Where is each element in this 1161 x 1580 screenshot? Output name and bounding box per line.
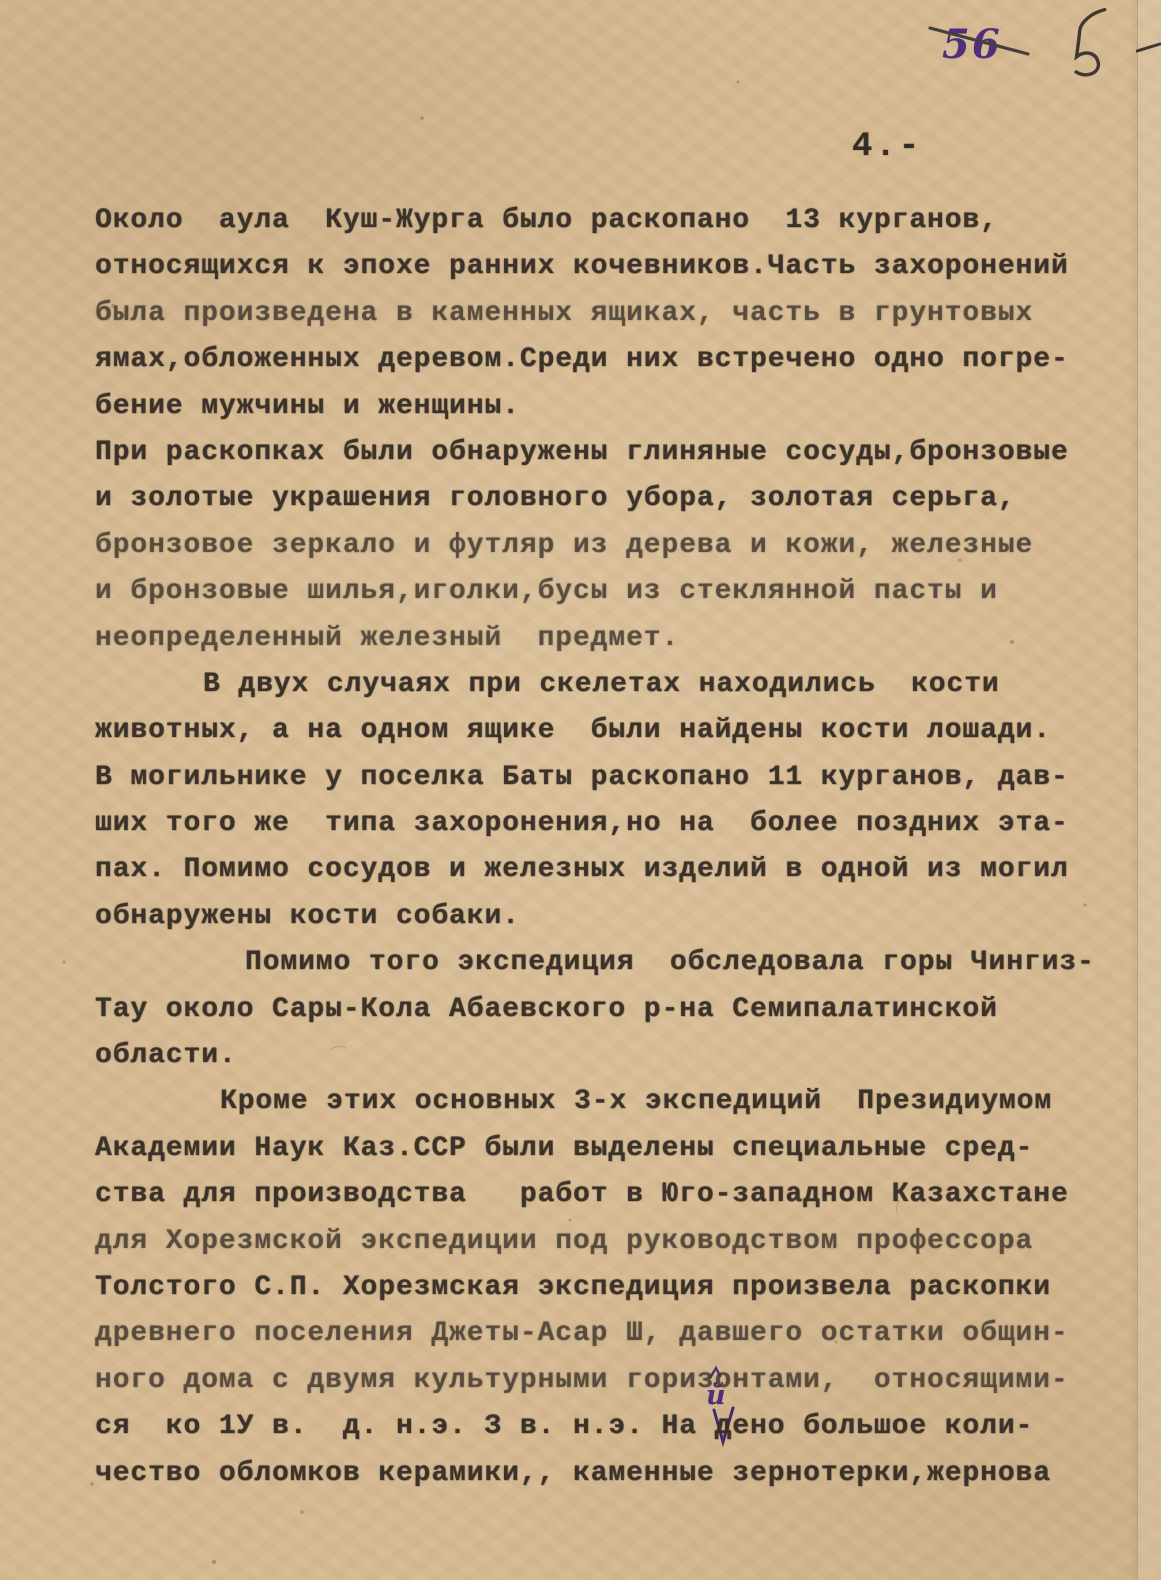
text-line: Толстого С.П. Хорезмская экспедиция прои… bbox=[95, 1265, 1105, 1311]
text-line: Около аула Куш-Журга было раскопано 13 к… bbox=[95, 198, 1105, 244]
typewritten-text: Около аула Куш-Журга было раскопано 13 к… bbox=[95, 198, 1105, 1497]
text-line: для Хорезмской экспедиции под руководств… bbox=[95, 1219, 1105, 1265]
text-line: Академии Наук Каз.ССР были выделены спец… bbox=[95, 1126, 1105, 1172]
text-line: ного дома с двумя культурными горизонтам… bbox=[95, 1358, 1105, 1404]
text-line: В двух случаях при скелетах находились к… bbox=[95, 662, 1105, 708]
text-line: неопределенный железный предмет. bbox=[95, 616, 1105, 662]
text-line: Помимо того экспедиция обследовала горы … bbox=[95, 940, 1105, 986]
text-line: чество обломков керамики,, каменные зерн… bbox=[95, 1451, 1105, 1497]
text-line: области. bbox=[95, 1033, 1105, 1079]
text-line: бронзовое зеркало и футляр из дерева и к… bbox=[95, 523, 1105, 569]
corner-number-stroke bbox=[1070, 10, 1111, 76]
text-line: ся ко 1У в. д. н.э. З в. н.э. На дено бо… bbox=[95, 1404, 1105, 1450]
handwritten-crossed-number: 56 bbox=[926, 12, 1036, 70]
page-number: 4.- bbox=[852, 128, 922, 166]
text-line: ямах,обложенных деревом.Среди них встреч… bbox=[95, 337, 1105, 383]
text-line: древнего поселения Джеты-Асар Ш, давшего… bbox=[95, 1311, 1105, 1357]
page-fold-crease bbox=[1137, 0, 1161, 1580]
text-line: и бронзовые шилья,иголки,бусы из стеклян… bbox=[95, 569, 1105, 615]
text-line: Кроме этих основных 3-х экспедиций Прези… bbox=[95, 1079, 1105, 1125]
text-line: Тау около Сары-Кола Абаевского р-на Семи… bbox=[95, 987, 1105, 1033]
text-line: ства для производства работ в Юго-западн… bbox=[95, 1172, 1105, 1218]
text-line: и золотые украшения головного убора, зол… bbox=[95, 476, 1105, 522]
text-line: ших того же типа захоронения,но на более… bbox=[95, 801, 1105, 847]
text-line: пах. Помимо сосудов и железных изделий в… bbox=[95, 847, 1105, 893]
text-line: животных, а на одном ящике были найдены … bbox=[95, 708, 1105, 754]
document-page: 4.- 56 й Около аула Куш-Журга было раско… bbox=[0, 0, 1161, 1580]
text-line: была произведена в каменных ящиках, част… bbox=[95, 291, 1105, 337]
handwritten-corner-number bbox=[1052, 2, 1132, 82]
text-line: относящихся к эпохе ранних кочевников.Ча… bbox=[95, 244, 1105, 290]
text-line: В могильнике у поселка Баты раскопано 11… bbox=[95, 755, 1105, 801]
strikethrough-line bbox=[930, 28, 1028, 54]
text-line: обнаружены кости собаки. bbox=[95, 894, 1105, 940]
crossed-number-text: 56 bbox=[942, 21, 1002, 68]
text-line: При раскопках были обнаружены глиняные с… bbox=[95, 430, 1105, 476]
text-line: бение мужчины и женщины. bbox=[95, 384, 1105, 430]
